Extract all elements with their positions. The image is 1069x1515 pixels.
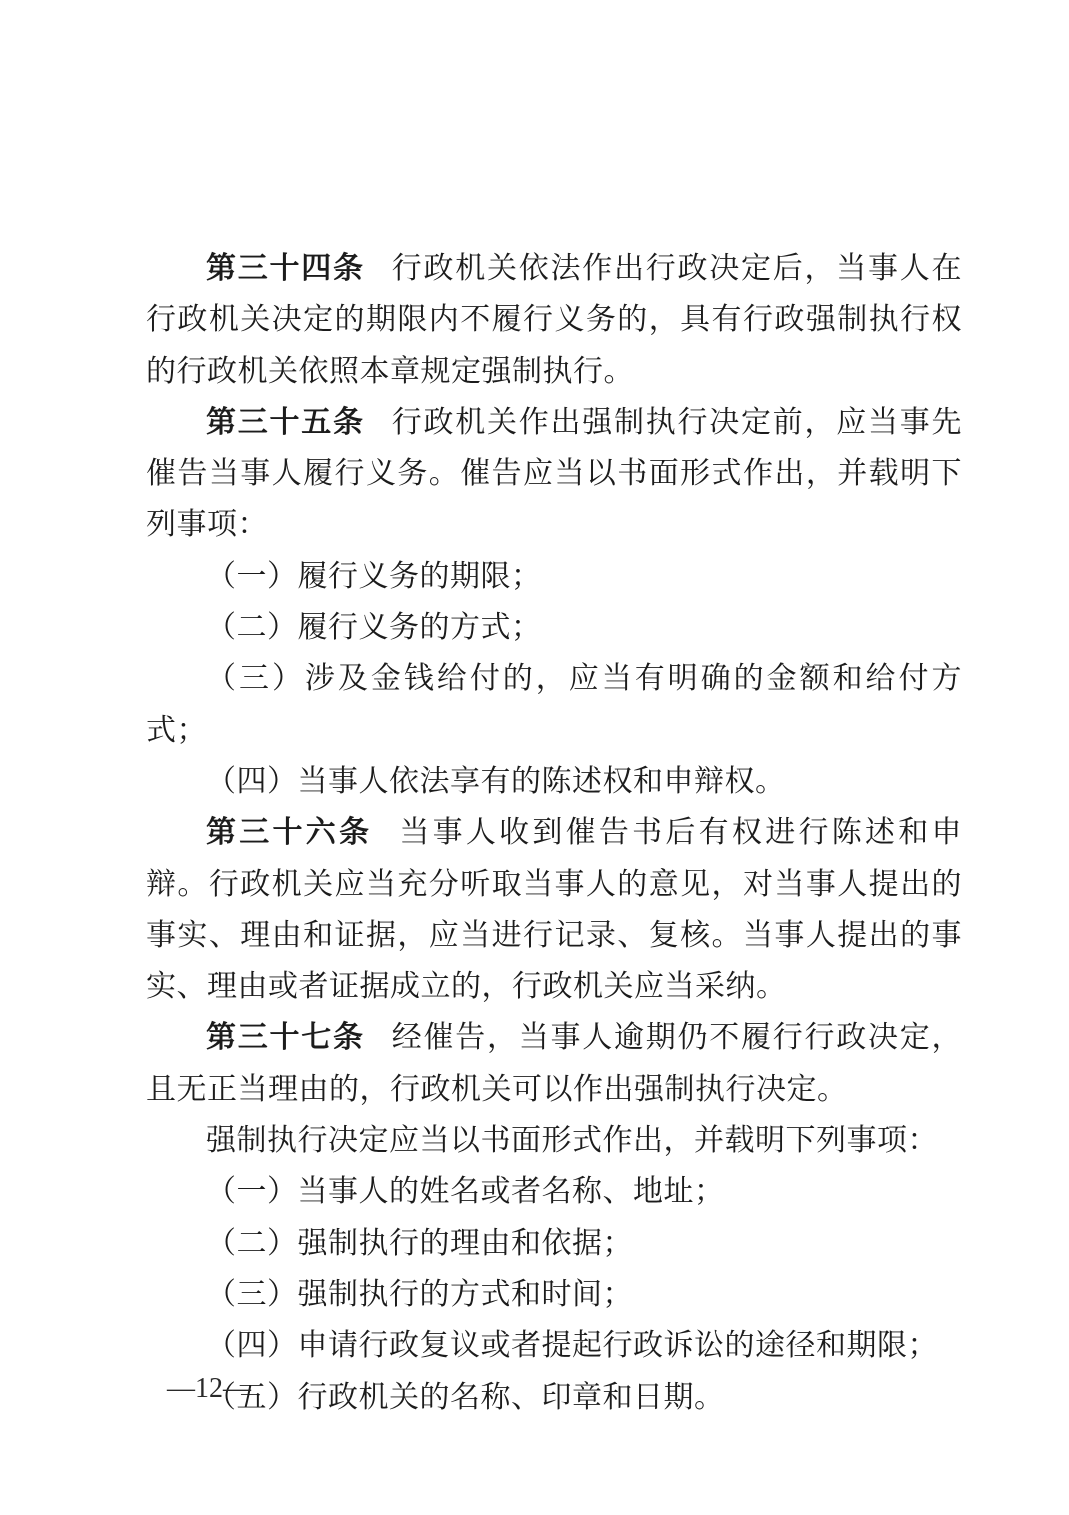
article-35-number: 第三十五条 xyxy=(206,406,365,439)
article-35-item-4: （四）当事人依法享有的陈述权和申辩权。 xyxy=(146,756,962,807)
article-37-item-3: （三）强制执行的方式和时间； xyxy=(146,1269,962,1320)
article-36-paragraph: 第三十六条当事人收到催告书后有权进行陈述和申辩。行政机关应当充分听取当事人的意见… xyxy=(146,807,962,1012)
article-37-item-2: （二）强制执行的理由和依据； xyxy=(146,1218,962,1269)
article-34-paragraph: 第三十四条行政机关依法作出行政决定后，当事人在行政机关决定的期限内不履行义务的，… xyxy=(146,243,962,397)
article-37-number: 第三十七条 xyxy=(206,1021,365,1054)
article-37-paragraph: 第三十七条经催告，当事人逾期仍不履行行政决定，且无正当理由的，行政机关可以作出强… xyxy=(146,1012,962,1115)
article-37-paragraph-2: 强制执行决定应当以书面形式作出，并载明下列事项： xyxy=(146,1115,962,1166)
article-35-item-2: （二）履行义务的方式； xyxy=(146,602,962,653)
article-37-item-5: （五）行政机关的名称、印章和日期。 xyxy=(146,1372,962,1423)
article-36-number: 第三十六条 xyxy=(206,816,372,849)
article-37-item-4: （四）申请行政复议或者提起行政诉讼的途径和期限； xyxy=(146,1320,962,1371)
article-35-item-3: （三）涉及金钱给付的，应当有明确的金额和给付方式； xyxy=(146,653,962,756)
document-page: 第三十四条行政机关依法作出行政决定后，当事人在行政机关决定的期限内不履行义务的，… xyxy=(0,0,1069,1515)
article-37-item-1: （一）当事人的姓名或者名称、地址； xyxy=(146,1166,962,1217)
article-35-paragraph: 第三十五条行政机关作出强制执行决定前，应当事先催告当事人履行义务。催告应当以书面… xyxy=(146,397,962,551)
article-34-number: 第三十四条 xyxy=(206,252,365,285)
document-content: 第三十四条行政机关依法作出行政决定后，当事人在行政机关决定的期限内不履行义务的，… xyxy=(146,243,962,1423)
article-35-item-1: （一）履行义务的期限； xyxy=(146,551,962,602)
page-number: —12— xyxy=(167,1373,251,1405)
